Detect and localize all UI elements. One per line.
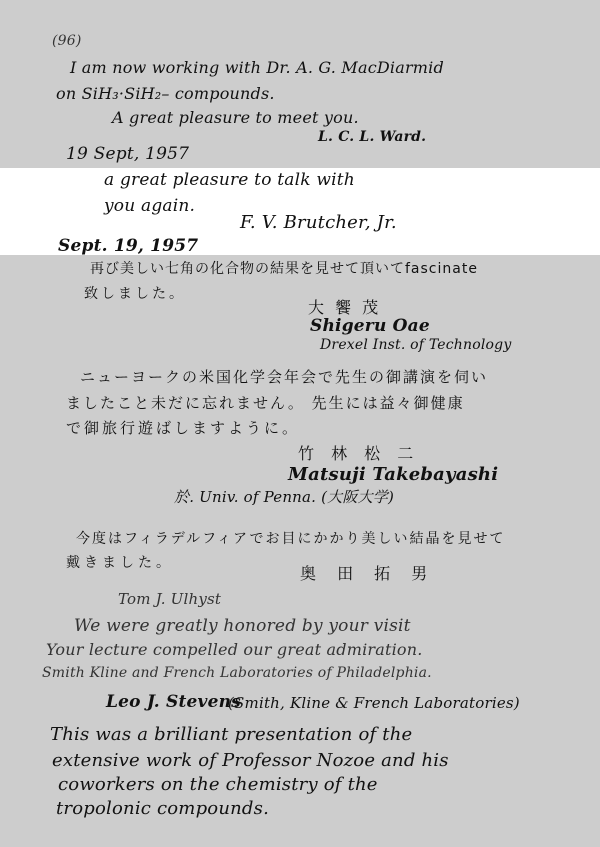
entry-line: 戴きました。 xyxy=(66,556,174,570)
entry-line: A great pleasure to meet you. xyxy=(112,110,359,126)
entry-line: Your lecture compelled our great admirat… xyxy=(46,642,423,658)
signature-kanji: 竹 林 松 二 xyxy=(298,446,419,462)
signature: Shigeru Oae xyxy=(310,318,430,335)
entry-line: ましたこと未だに忘れません。 先生には益々御健康 xyxy=(66,396,465,411)
entry-line: 今度はフィラデルフィアでお目にかかり美しい結晶を見せて xyxy=(76,532,505,546)
signature: L. C. L. Ward. xyxy=(318,130,426,144)
entry-line: We were greatly honored by your visit xyxy=(74,618,411,635)
page-number: (96) xyxy=(52,34,82,48)
entry-line: you again. xyxy=(104,198,195,215)
entry-line: 再び美しい七角の化合物の結果を見せて頂いてfascinate xyxy=(90,262,478,276)
signature-kanji: 大 饗 茂 xyxy=(308,300,381,316)
affiliation: 於. Univ. of Penna. (大阪大学) xyxy=(174,490,394,505)
entry-line: coworkers on the chemistry of the xyxy=(58,776,378,794)
entry-line: This was a brilliant presentation of the xyxy=(50,726,412,744)
signature: Matsuji Takebayashi xyxy=(288,466,498,484)
entry-date: 19 Sept, 1957 xyxy=(66,146,189,163)
entry-line: ニューヨークの米国化学会年会で先生の御講演を伺い xyxy=(80,370,488,385)
entry-line: Smith Kline and French Laboratories of P… xyxy=(42,666,432,680)
entry-line: on SiH₃·SiH₂– compounds. xyxy=(56,86,275,102)
signature-kanji: 奥 田 拓 男 xyxy=(300,566,435,582)
signature: Tom J. Ulhyst xyxy=(118,592,221,607)
entry-line: I am now working with Dr. A. G. MacDiarm… xyxy=(70,60,444,76)
signature: Leo J. Stevens xyxy=(106,694,241,711)
signature: F. V. Brutcher, Jr. xyxy=(240,214,397,232)
affiliation: (Smith, Kline & French Laboratories) xyxy=(228,696,520,711)
entry-line: a great pleasure to talk with xyxy=(104,172,355,189)
entry-line: extensive work of Professor Nozoe and hi… xyxy=(52,752,449,770)
entry-line: tropolonic compounds. xyxy=(56,800,269,818)
entry-line: で御旅行遊ばしますように。 xyxy=(66,421,300,436)
affiliation: Drexel Inst. of Technology xyxy=(320,338,511,352)
entry-line: 致しました。 xyxy=(84,287,186,301)
entry-date: Sept. 19, 1957 xyxy=(58,238,198,255)
